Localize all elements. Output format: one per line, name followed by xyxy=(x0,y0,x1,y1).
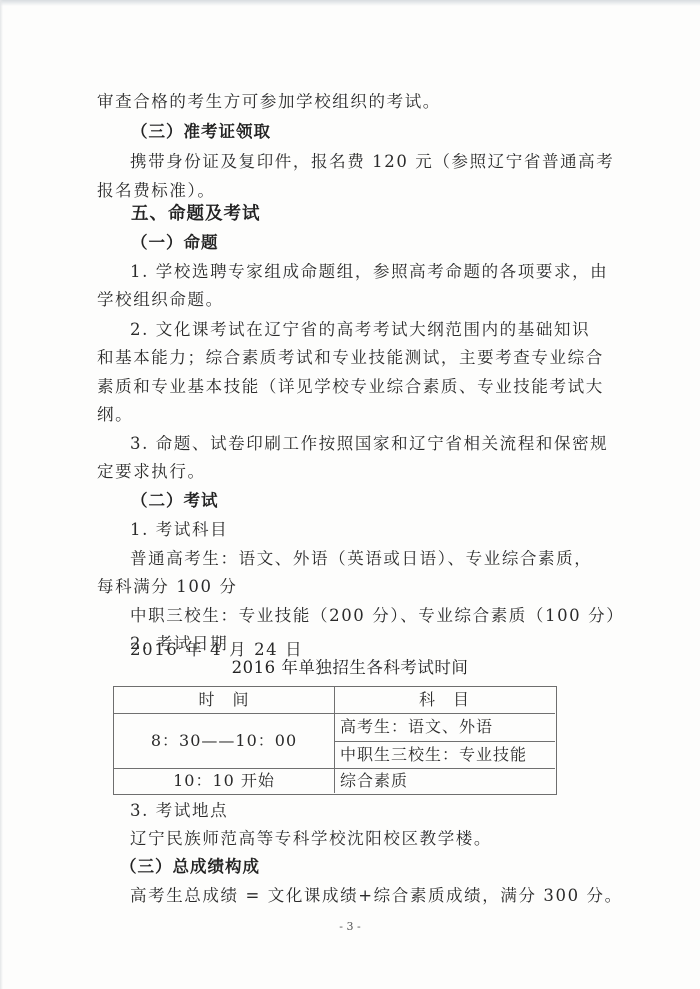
paragraph-line: 3. 命题、试卷印刷工作按照国家和辽宁省相关流程和保密规 xyxy=(130,434,608,454)
table-header-subject: 科 目 xyxy=(334,687,555,713)
paragraph-line: 纲。 xyxy=(97,405,133,425)
exam-schedule-table: 时 间 科 目 8：30——10：00 高考生：语文、外语 中职生三校生：专业技… xyxy=(113,686,557,795)
subsection-heading-proposition: （一）命题 xyxy=(131,233,219,253)
paragraph-line: 1. 考试科目 xyxy=(130,520,228,540)
table-cell-subject: 中职生三校生：专业技能 xyxy=(334,741,555,768)
paragraph-line: 报名费标准）。 xyxy=(97,181,215,201)
paragraph-line: 素质和专业基本技能（详见学校专业综合素质、专业技能考试大 xyxy=(97,377,604,397)
subsection-heading-exam: （二）考试 xyxy=(131,491,219,511)
paragraph-line: 每科满分 100 分 xyxy=(97,577,237,597)
table-cell-time: 8：30——10：00 xyxy=(114,713,334,768)
table-cell-subject: 高考生：语文、外语 xyxy=(334,713,555,741)
schedule-table-title: 2016 年单独招生各科考试时间 xyxy=(0,658,700,678)
paragraph-line: 中职三校生：专业技能（200 分）、专业综合素质（100 分） xyxy=(130,606,624,626)
table-cell-subject: 综合素质 xyxy=(334,768,555,793)
scan-top-edge xyxy=(0,0,700,6)
paragraph-line: 审查合格的考生方可参加学校组织的考试。 xyxy=(97,92,441,112)
section-heading-admission-ticket: （三）准考证领取 xyxy=(131,122,271,142)
paragraph-line: 辽宁民族师范高等专科学校沈阳校区教学楼。 xyxy=(130,829,492,849)
paragraph-line: 携带身份证及复印件，报名费 120 元（参照辽宁省普通高考 xyxy=(130,152,614,172)
page-number: - 3 - xyxy=(0,920,700,933)
paragraph-line: 2. 文化课考试在辽宁省的高考考试大纲范围内的基础知识 xyxy=(130,320,590,340)
table-cell-time: 10：10 开始 xyxy=(114,768,334,793)
table-header-time: 时 间 xyxy=(114,687,334,713)
paragraph-line: 和基本能力；综合素质考试和专业技能测试，主要考查专业综合 xyxy=(97,348,604,368)
subsection-heading-total-score: （三）总成绩构成 xyxy=(120,857,260,877)
section-heading-exam: 五、命题及考试 xyxy=(131,204,261,224)
paragraph-line: 定要求执行。 xyxy=(97,462,206,482)
paragraph-line: 1. 学校选聘专家组成命题组，参照高考命题的各项要求，由 xyxy=(130,262,608,282)
paragraph-line: 学校组织命题。 xyxy=(97,290,224,310)
scan-left-edge xyxy=(0,0,3,989)
paragraph-line: 普通高考生：语文、外语（英语或日语）、专业综合素质， xyxy=(130,549,592,569)
paragraph-line: 3. 考试地点 xyxy=(130,801,228,821)
exam-date: 2016 年 4 月 24 日 xyxy=(130,640,303,660)
paragraph-line: 高考生总成绩 = 文化课成绩+综合素质成绩，满分 300 分。 xyxy=(130,886,623,906)
